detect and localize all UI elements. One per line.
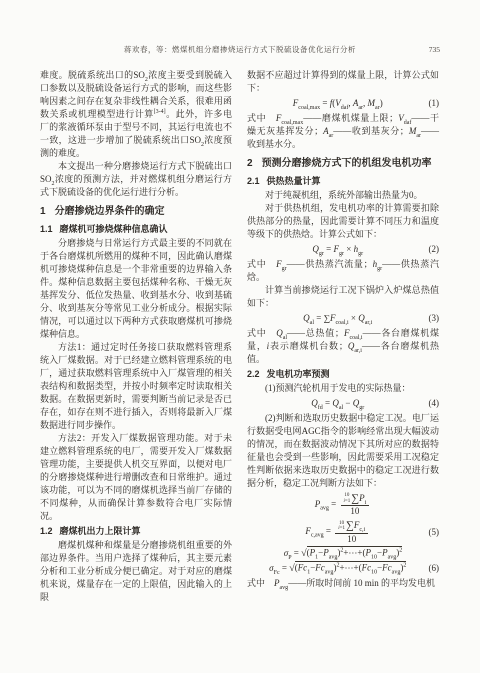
equation-number: (4) <box>429 397 440 410</box>
equation-6-line-2: σFc = √(Fc1−Fcavg)2+⋯+(Fc10−Fcavg)2 (6) <box>247 562 439 575</box>
right-column: 数据不应超过计算得到的煤量上限，计算公式如下： Fcoal,max = f(Vd… <box>247 69 439 604</box>
running-head: 蒋欢春，等：燃煤机组分磨掺烧运行方式下脱硫设备优化运行分析 735 <box>40 44 440 55</box>
equation-number: (6) <box>429 562 440 575</box>
left-column: 难度。脱硫系统出口的SO2浓度主要受到脱硫入口参数以及脱硫设备运行方式的影响，而… <box>40 69 232 604</box>
equation-body: σP = √(P1−Pavg)2+⋯+(P10−Pavg)2 <box>247 547 439 560</box>
running-head-title: 蒋欢春，等：燃煤机组分磨掺烧运行方式下脱硫设备优化运行分析 <box>124 45 356 54</box>
equation-body: Fcoal,max = f(Vdaf, Aar, Mar) <box>247 97 429 110</box>
subsection-number: 2.2 <box>247 368 260 381</box>
subsection-heading-2-2: 2.2 发电机功率预测 <box>247 368 439 381</box>
equation-2: Qgr = Fgr × hgr (2) <box>247 243 439 256</box>
subsection-title: 发电机功率预测 <box>267 368 330 381</box>
where-clause: 式中 Fgr——供热蒸汽流量；hgr——供热蒸汽焓。 <box>247 258 439 284</box>
subsection-title: 磨煤机出力上限计算 <box>60 525 141 538</box>
equation-4: Qfd = Qal − Qgr (4) <box>247 397 439 410</box>
equation-number: (5) <box>429 526 440 539</box>
paragraph-continuation: 难度。脱硫系统出口的SO2浓度主要受到脱硫入口参数以及脱硫设备运行方式的影响，而… <box>40 69 232 160</box>
equation-number: (1) <box>429 97 440 110</box>
subsection-number: 2.1 <box>247 175 260 188</box>
paragraph: 对于供热机组，发电机功率的计算需要扣除供热部分的热量，因此需要计算不同压力和温度… <box>247 202 439 241</box>
equation-6-line-1: σP = √(P1−Pavg)2+⋯+(P10−Pavg)2 <box>247 547 439 560</box>
section-heading-1: 1 分磨掺烧边界条件的确定 <box>40 205 232 219</box>
paragraph: 计算当前掺烧运行工况下锅炉入炉煤总热值如下： <box>247 284 439 310</box>
subsection-heading-1-1: 1.1 磨煤机可掺烧煤种信息确认 <box>40 223 232 236</box>
paragraph: 磨煤机煤种和煤量是分磨掺烧机组重要的外部边界条件。当用户选择了煤种后，其主要元素… <box>40 539 232 604</box>
where-clause: 式中 Fcoal,max——磨煤机煤量上限；Vdaf——干燥无灰基挥发分；Aar… <box>247 112 439 151</box>
equation-number: (2) <box>429 243 440 256</box>
paragraph: 方法2：开发入厂煤数据管理功能。对于未建立燃料管理系统的电厂，需要开发入厂煤数据… <box>40 432 232 523</box>
where-clause: 式中 Pavg——所取时间前 10 min 的平均发电机 <box>247 577 439 590</box>
section-heading-2: 2 预测分磨掺烧方式下的机组发电机功率 <box>247 157 439 171</box>
paragraph: 分磨掺烧与日常运行方式最主要的不同就在于各台磨煤机所燃用的煤种不同，因此确认磨煤… <box>40 237 232 341</box>
equation-5-line-2: Fc,avg = 10i=1∑Fc,i10 (5) <box>247 519 439 544</box>
paper-page: 蒋欢春，等：燃煤机组分磨掺烧运行方式下脱硫设备优化运行分析 735 难度。脱硫系… <box>0 0 480 673</box>
equation-body: σFc = √(Fc1−Fcavg)2+⋯+(Fc10−Fcavg)2 <box>247 562 429 575</box>
equation-body: Qfd = Qal − Qgr <box>247 397 429 410</box>
equation-5-line-1: Pavg = 10i=1∑Pi10 <box>247 492 439 517</box>
page-number: 735 <box>429 44 440 55</box>
subsection-heading-2-1: 2.1 供热热量计算 <box>247 175 439 188</box>
equation-1: Fcoal,max = f(Vdaf, Aar, Mar) (1) <box>247 97 439 110</box>
section-title: 预测分磨掺烧方式下的机组发电机功率 <box>262 157 439 171</box>
equation-number: (3) <box>429 312 440 325</box>
two-column-body: 难度。脱硫系统出口的SO2浓度主要受到脱硫入口参数以及脱硫设备运行方式的影响，而… <box>40 69 440 604</box>
paragraph: 对于纯凝机组，系统外部输出热量为0。 <box>247 189 439 202</box>
equation-body: Fc,avg = 10i=1∑Fc,i10 <box>247 519 429 544</box>
paragraph-continuation: 数据不应超过计算得到的煤量上限，计算公式如下： <box>247 69 439 95</box>
subsection-number: 1.1 <box>40 223 53 236</box>
paragraph: 本文提出一种分磨掺烧运行方式下脱硫出口SO2浓度的预测方法，并对燃煤机组分磨运行… <box>40 160 232 199</box>
paragraph: (2)判断和选取历史数据中稳定工况。电厂运行数据受电网AGC指令的影响经常出现大… <box>247 412 439 490</box>
subsection-title: 供热热量计算 <box>267 175 321 188</box>
equation-body: Qgr = Fgr × hgr <box>247 243 429 256</box>
equation-body: Pavg = 10i=1∑Pi10 <box>247 492 439 517</box>
section-number: 2 <box>247 157 253 171</box>
paragraph: 方法1：通过定时任务接口获取燃料管理系统入厂煤数据。对于已经建立燃料管理系统的电… <box>40 341 232 432</box>
subsection-heading-1-2: 1.2 磨煤机出力上限计算 <box>40 525 232 538</box>
equation-body: Qal = ∑Fcoal,i × Qar,i <box>247 312 429 325</box>
section-number: 1 <box>40 205 46 219</box>
equation-3: Qal = ∑Fcoal,i × Qar,i (3) <box>247 312 439 325</box>
paragraph: (1)预测汽轮机用于发电的实际热量： <box>247 382 439 395</box>
section-title: 分磨掺烧边界条件的确定 <box>55 205 232 219</box>
subsection-number: 1.2 <box>40 525 53 538</box>
subsection-title: 磨煤机可掺烧煤种信息确认 <box>60 223 168 236</box>
where-clause: 式中 Qal——总热值；Fcoal,i——各台磨煤机煤量，i表示磨煤机台数；Qa… <box>247 327 439 366</box>
